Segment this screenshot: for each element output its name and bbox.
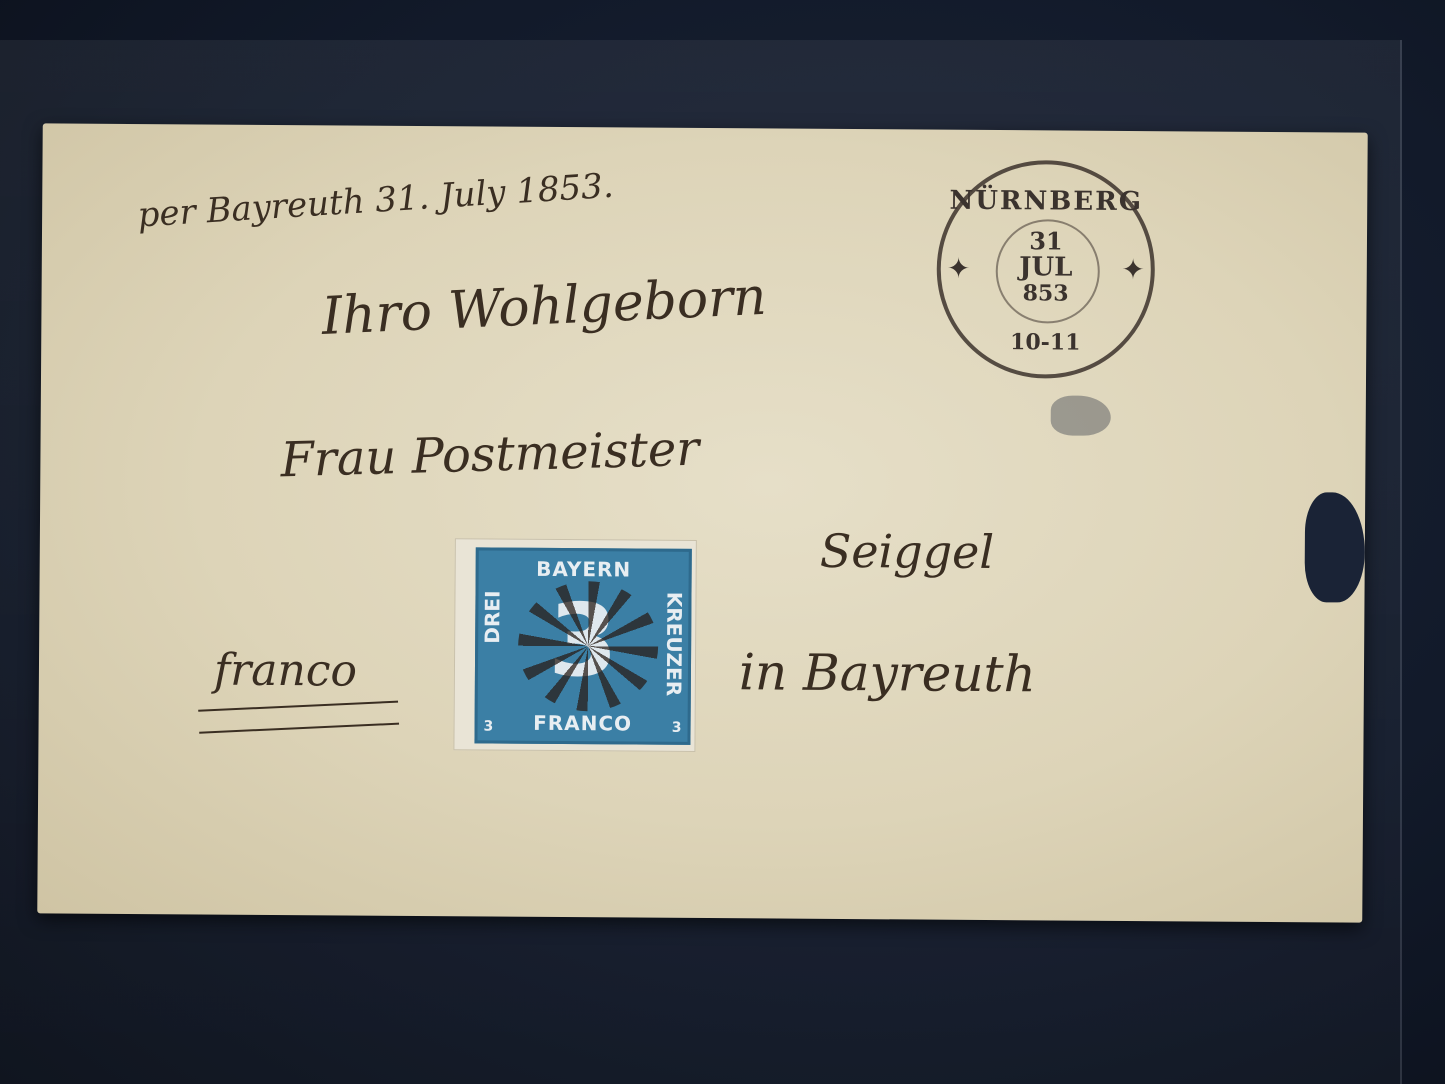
gitter-cancel-mark [518,581,659,712]
postmark-ornament-left-icon: ✦ [947,252,971,285]
postmark-ornament-right-icon: ✦ [1121,253,1145,286]
manuscript-header-line: per Bayreuth 31. July 1853. [136,166,614,236]
stamp-left-text: DREI [480,590,504,643]
double-underline [198,701,399,734]
stamp-corner-value: 3 [672,720,682,736]
postmark-time: 10-11 [940,329,1150,356]
postmark-year: 853 [941,280,1151,307]
stamp-right-text: KREUZER [662,592,687,697]
manuscript-destination: in Bayreuth [739,643,1036,703]
manuscript-salutation: Ihro Wohlgeborn [320,267,767,347]
manuscript-name: Seiggel [820,524,995,579]
manuscript-franco-note: franco [214,645,357,697]
paper-damage [1304,492,1365,602]
postmark-month: JUL [941,252,1151,283]
stamp-country: BAYERN [479,556,689,581]
manuscript-addressee: Frau Postmeister [280,421,700,489]
envelope: per Bayreuth 31. July 1853. Ihro Wohlgeb… [37,123,1367,922]
stamp-bottom-text: FRANCO [478,710,688,735]
nurnberg-postmark: NÜRNBERG 31 JUL 853 10-11 ✦ ✦ [936,160,1156,380]
stamp-face: BAYERN DREI KREUZER 3 FRANCO 3 3 [474,547,691,745]
bavaria-3-kreuzer-stamp: BAYERN DREI KREUZER 3 FRANCO 3 3 [453,538,696,752]
stamp-corner-value: 3 [484,718,494,734]
paper-damage [1051,395,1111,435]
postmark-city: NÜRNBERG [941,186,1151,217]
